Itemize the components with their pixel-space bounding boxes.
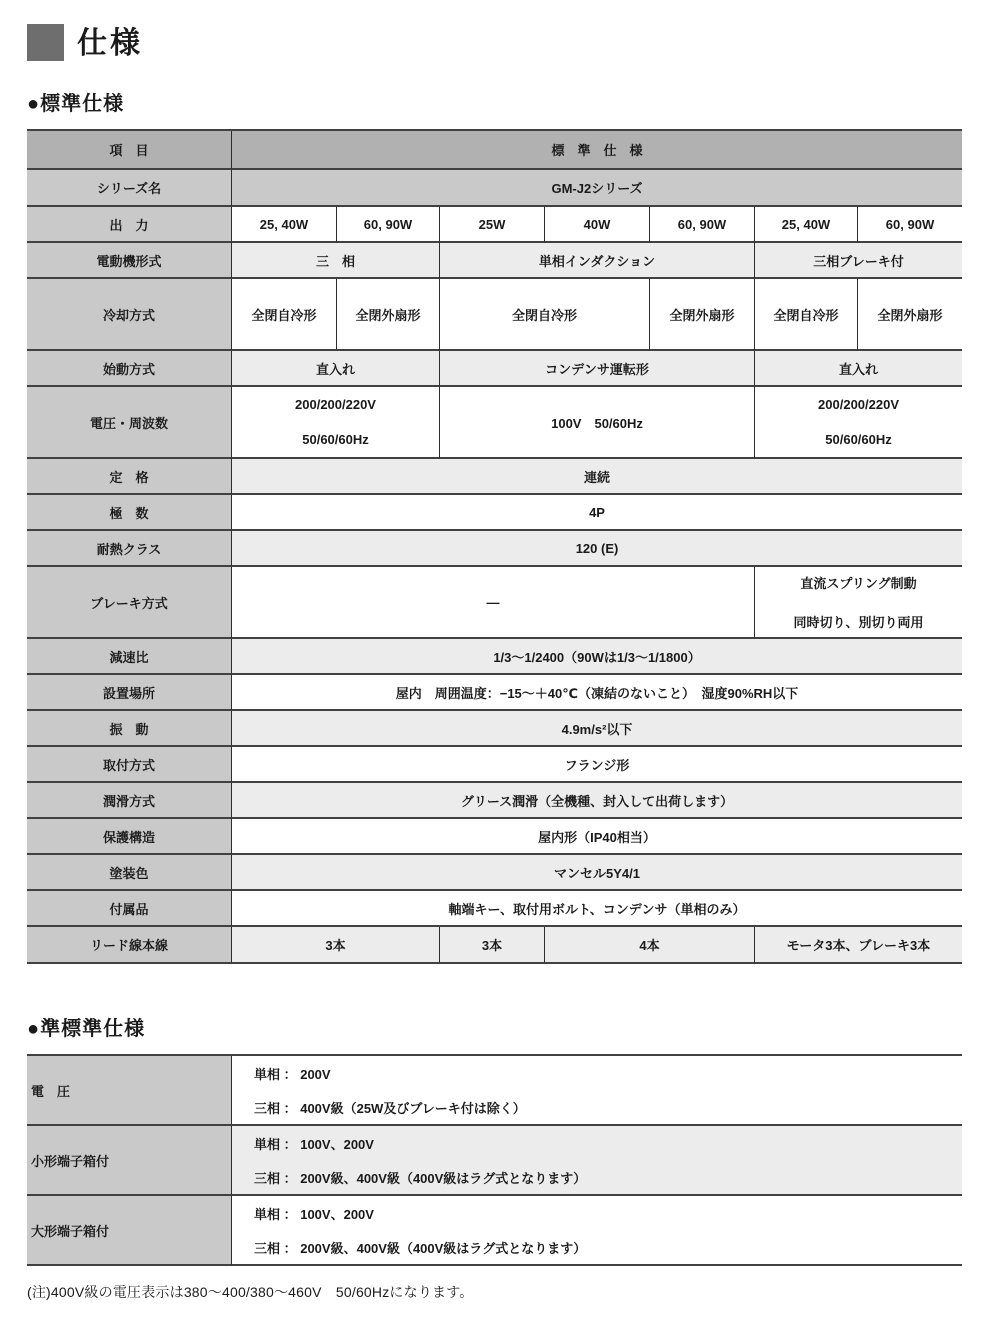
footnote: (注)400V級の電圧表示は380～400/380～460V 50/60Hzにな… xyxy=(27,1282,962,1302)
row-starting: 始動方式 直入れ コンデンサ運転形 直入れ xyxy=(27,351,962,387)
semi-row-small-terminal-box-line-1: 単相 ： 100V、200V xyxy=(254,1134,374,1153)
voltage-group-3-line-2: 50/60/60Hz xyxy=(825,432,892,447)
starting-group-1: 直入れ xyxy=(232,351,440,387)
row-rating: 定 格 連続 xyxy=(27,459,962,495)
row-voltage-frequency-label: 電圧・周波数 xyxy=(27,387,232,459)
row-cooling-label: 冷却方式 xyxy=(27,279,232,351)
semi-row-voltage-value: 単相 ： 200V 三相 ： 400V級（25W及びブレーキ付は除く） xyxy=(232,1056,962,1126)
starting-group-2: コンデンサ運転形 xyxy=(440,351,755,387)
voltage-group-3-line-1: 200/200/220V xyxy=(818,397,899,412)
reduction-ratio-value: 1/3～1/2400（90Wは1/3～1/1800） xyxy=(232,639,962,675)
row-series: シリーズ名 GM-J2シリーズ xyxy=(27,170,962,207)
output-cell-1: 25, 40W xyxy=(232,207,337,243)
semi-row-voltage-line-2: 三相 ： 400V級（25W及びブレーキ付は除く） xyxy=(254,1098,526,1117)
semi-row-small-terminal-box-line-2: 三相 ： 200V級、400V級（400V級はラグ式となります） xyxy=(254,1168,586,1187)
row-heat-class-label: 耐熱クラス xyxy=(27,531,232,567)
semi-row-small-terminal-box-label: 小形端子箱付 xyxy=(27,1126,232,1196)
semi-row-voltage-line-1: 単相 ： 200V xyxy=(254,1064,331,1083)
semi-row-voltage-label: 電 圧 xyxy=(27,1056,232,1126)
location-value: 屋内 周囲温度：−15～＋40℃（凍結のないこと） 湿度90%RH以下 xyxy=(232,675,962,711)
row-series-value: GM-J2シリーズ xyxy=(232,170,962,207)
voltage-group-2: 100V 50/60Hz xyxy=(440,387,755,459)
lead-wires-group-2: 3本 xyxy=(440,927,545,964)
row-paint-color: 塗装色 マンセル5Y4/1 xyxy=(27,855,962,891)
row-vibration-label: 振 動 xyxy=(27,711,232,747)
section-heading-semi-standard: ●準標準仕様 xyxy=(27,1012,962,1041)
semi-row-voltage: 電 圧 単相 ： 200V 三相 ： 400V級（25W及びブレーキ付は除く） xyxy=(27,1056,962,1126)
semi-row-small-terminal-box: 小形端子箱付 単相 ： 100V、200V 三相 ： 200V級、400V級（4… xyxy=(27,1126,962,1196)
row-lead-wires-label: リード線本線 xyxy=(27,927,232,964)
voltage-group-1: 200/200/220V 50/60/60Hz xyxy=(232,387,440,459)
poles-value: 4P xyxy=(232,495,962,531)
output-cell-7: 60, 90W xyxy=(858,207,962,243)
row-poles-label: 極 数 xyxy=(27,495,232,531)
row-location: 設置場所 屋内 周囲温度：−15～＋40℃（凍結のないこと） 湿度90%RH以下 xyxy=(27,675,962,711)
semi-row-large-terminal-box-label: 大形端子箱付 xyxy=(27,1196,232,1266)
semi-row-large-terminal-box-line-2: 三相 ： 200V級、400V級（400V級はラグ式となります） xyxy=(254,1238,586,1257)
heat-class-value: 120 (E) xyxy=(232,531,962,567)
voltage-group-3: 200/200/220V 50/60/60Hz xyxy=(755,387,962,459)
row-motor-type-label: 電動機形式 xyxy=(27,243,232,279)
accessories-value: 軸端キー、取付用ボルト、コンデンサ（単相のみ） xyxy=(232,891,962,927)
row-output-label: 出 力 xyxy=(27,207,232,243)
row-header: 項 目 標 準 仕 様 xyxy=(27,131,962,170)
section-heading-standard: ●標準仕様 xyxy=(27,87,962,116)
row-brake-label: ブレーキ方式 xyxy=(27,567,232,639)
row-vibration: 振 動 4.9m/s²以下 xyxy=(27,711,962,747)
cooling-cell-2: 全閉外扇形 xyxy=(337,279,440,351)
row-protection: 保護構造 屋内形（IP40相当） xyxy=(27,819,962,855)
brake-group-2: 直流スプリング制動 同時切り、別切り両用 xyxy=(755,567,962,639)
output-cell-4: 40W xyxy=(545,207,650,243)
semi-row-small-terminal-box-value: 単相 ： 100V、200V 三相 ： 200V級、400V級（400V級はラグ… xyxy=(232,1126,962,1196)
row-reduction-ratio-label: 減速比 xyxy=(27,639,232,675)
row-accessories: 付属品 軸端キー、取付用ボルト、コンデンサ（単相のみ） xyxy=(27,891,962,927)
row-accessories-label: 付属品 xyxy=(27,891,232,927)
document-page: 仕様 ●標準仕様 項 目 標 準 仕 様 シリーズ名 GM-J2シリーズ 出 力… xyxy=(0,0,988,1322)
cooling-cell-6: 全閉外扇形 xyxy=(858,279,962,351)
brake-group-1: — xyxy=(232,567,755,639)
output-cell-3: 25W xyxy=(440,207,545,243)
page-title: 仕様 xyxy=(77,27,143,59)
output-cell-5: 60, 90W xyxy=(650,207,755,243)
semi-row-large-terminal-box-value: 単相 ： 100V、200V 三相 ： 200V級、400V級（400V級はラグ… xyxy=(232,1196,962,1266)
row-voltage-frequency: 電圧・周波数 200/200/220V 50/60/60Hz 100V 50/6… xyxy=(27,387,962,459)
row-brake: ブレーキ方式 — 直流スプリング制動 同時切り、別切り両用 xyxy=(27,567,962,639)
cooling-cell-3: 全閉自冷形 xyxy=(440,279,650,351)
row-lead-wires: リード線本線 3本 3本 4本 モータ3本、ブレーキ3本 xyxy=(27,927,962,964)
row-motor-type: 電動機形式 三 相 単相インダクション 三相ブレーキ付 xyxy=(27,243,962,279)
cooling-cell-1: 全閉自冷形 xyxy=(232,279,337,351)
row-header-value: 標 準 仕 様 xyxy=(232,131,962,170)
row-heat-class: 耐熱クラス 120 (E) xyxy=(27,531,962,567)
vibration-value: 4.9m/s²以下 xyxy=(232,711,962,747)
cooling-cell-4: 全閉外扇形 xyxy=(650,279,755,351)
output-cell-6: 25, 40W xyxy=(755,207,858,243)
row-header-label: 項 目 xyxy=(27,131,232,170)
standard-spec-table: 項 目 標 準 仕 様 シリーズ名 GM-J2シリーズ 出 力 25, 40W … xyxy=(27,129,962,964)
row-paint-color-label: 塗装色 xyxy=(27,855,232,891)
row-lubrication-label: 潤滑方式 xyxy=(27,783,232,819)
voltage-group-1-line-1: 200/200/220V xyxy=(295,397,376,412)
row-reduction-ratio: 減速比 1/3～1/2400（90Wは1/3～1/1800） xyxy=(27,639,962,675)
title-square-decoration xyxy=(27,24,64,61)
row-cooling: 冷却方式 全閉自冷形 全閉外扇形 全閉自冷形 全閉外扇形 全閉自冷形 全閉外扇形 xyxy=(27,279,962,351)
lead-wires-group-3: 4本 xyxy=(545,927,755,964)
starting-group-3: 直入れ xyxy=(755,351,962,387)
brake-group-2-line-2: 同時切り、別切り両用 xyxy=(794,612,924,631)
mounting-value: フランジ形 xyxy=(232,747,962,783)
paint-color-value: マンセル5Y4/1 xyxy=(232,855,962,891)
protection-value: 屋内形（IP40相当） xyxy=(232,819,962,855)
brake-group-2-line-1: 直流スプリング制動 xyxy=(800,573,916,592)
output-cell-2: 60, 90W xyxy=(337,207,440,243)
row-location-label: 設置場所 xyxy=(27,675,232,711)
page-title-block: 仕様 xyxy=(27,24,962,61)
row-output: 出 力 25, 40W 60, 90W 25W 40W 60, 90W 25, … xyxy=(27,207,962,243)
row-series-label: シリーズ名 xyxy=(27,170,232,207)
motor-type-group-3: 三相ブレーキ付 xyxy=(755,243,962,279)
voltage-group-1-line-2: 50/60/60Hz xyxy=(302,432,369,447)
row-rating-label: 定 格 xyxy=(27,459,232,495)
motor-type-group-2: 単相インダクション xyxy=(440,243,755,279)
row-poles: 極 数 4P xyxy=(27,495,962,531)
row-starting-label: 始動方式 xyxy=(27,351,232,387)
motor-type-group-1: 三 相 xyxy=(232,243,440,279)
row-mounting-label: 取付方式 xyxy=(27,747,232,783)
cooling-cell-5: 全閉自冷形 xyxy=(755,279,858,351)
semi-standard-spec-table: 電 圧 単相 ： 200V 三相 ： 400V級（25W及びブレーキ付は除く） … xyxy=(27,1054,962,1266)
lead-wires-group-1: 3本 xyxy=(232,927,440,964)
row-protection-label: 保護構造 xyxy=(27,819,232,855)
row-mounting: 取付方式 フランジ形 xyxy=(27,747,962,783)
semi-row-large-terminal-box-line-1: 単相 ： 100V、200V xyxy=(254,1204,374,1223)
lead-wires-group-4: モータ3本、ブレーキ3本 xyxy=(755,927,962,964)
rating-value: 連続 xyxy=(232,459,962,495)
lubrication-value: グリース潤滑（全機種、封入して出荷します） xyxy=(232,783,962,819)
semi-row-large-terminal-box: 大形端子箱付 単相 ： 100V、200V 三相 ： 200V級、400V級（4… xyxy=(27,1196,962,1266)
row-lubrication: 潤滑方式 グリース潤滑（全機種、封入して出荷します） xyxy=(27,783,962,819)
